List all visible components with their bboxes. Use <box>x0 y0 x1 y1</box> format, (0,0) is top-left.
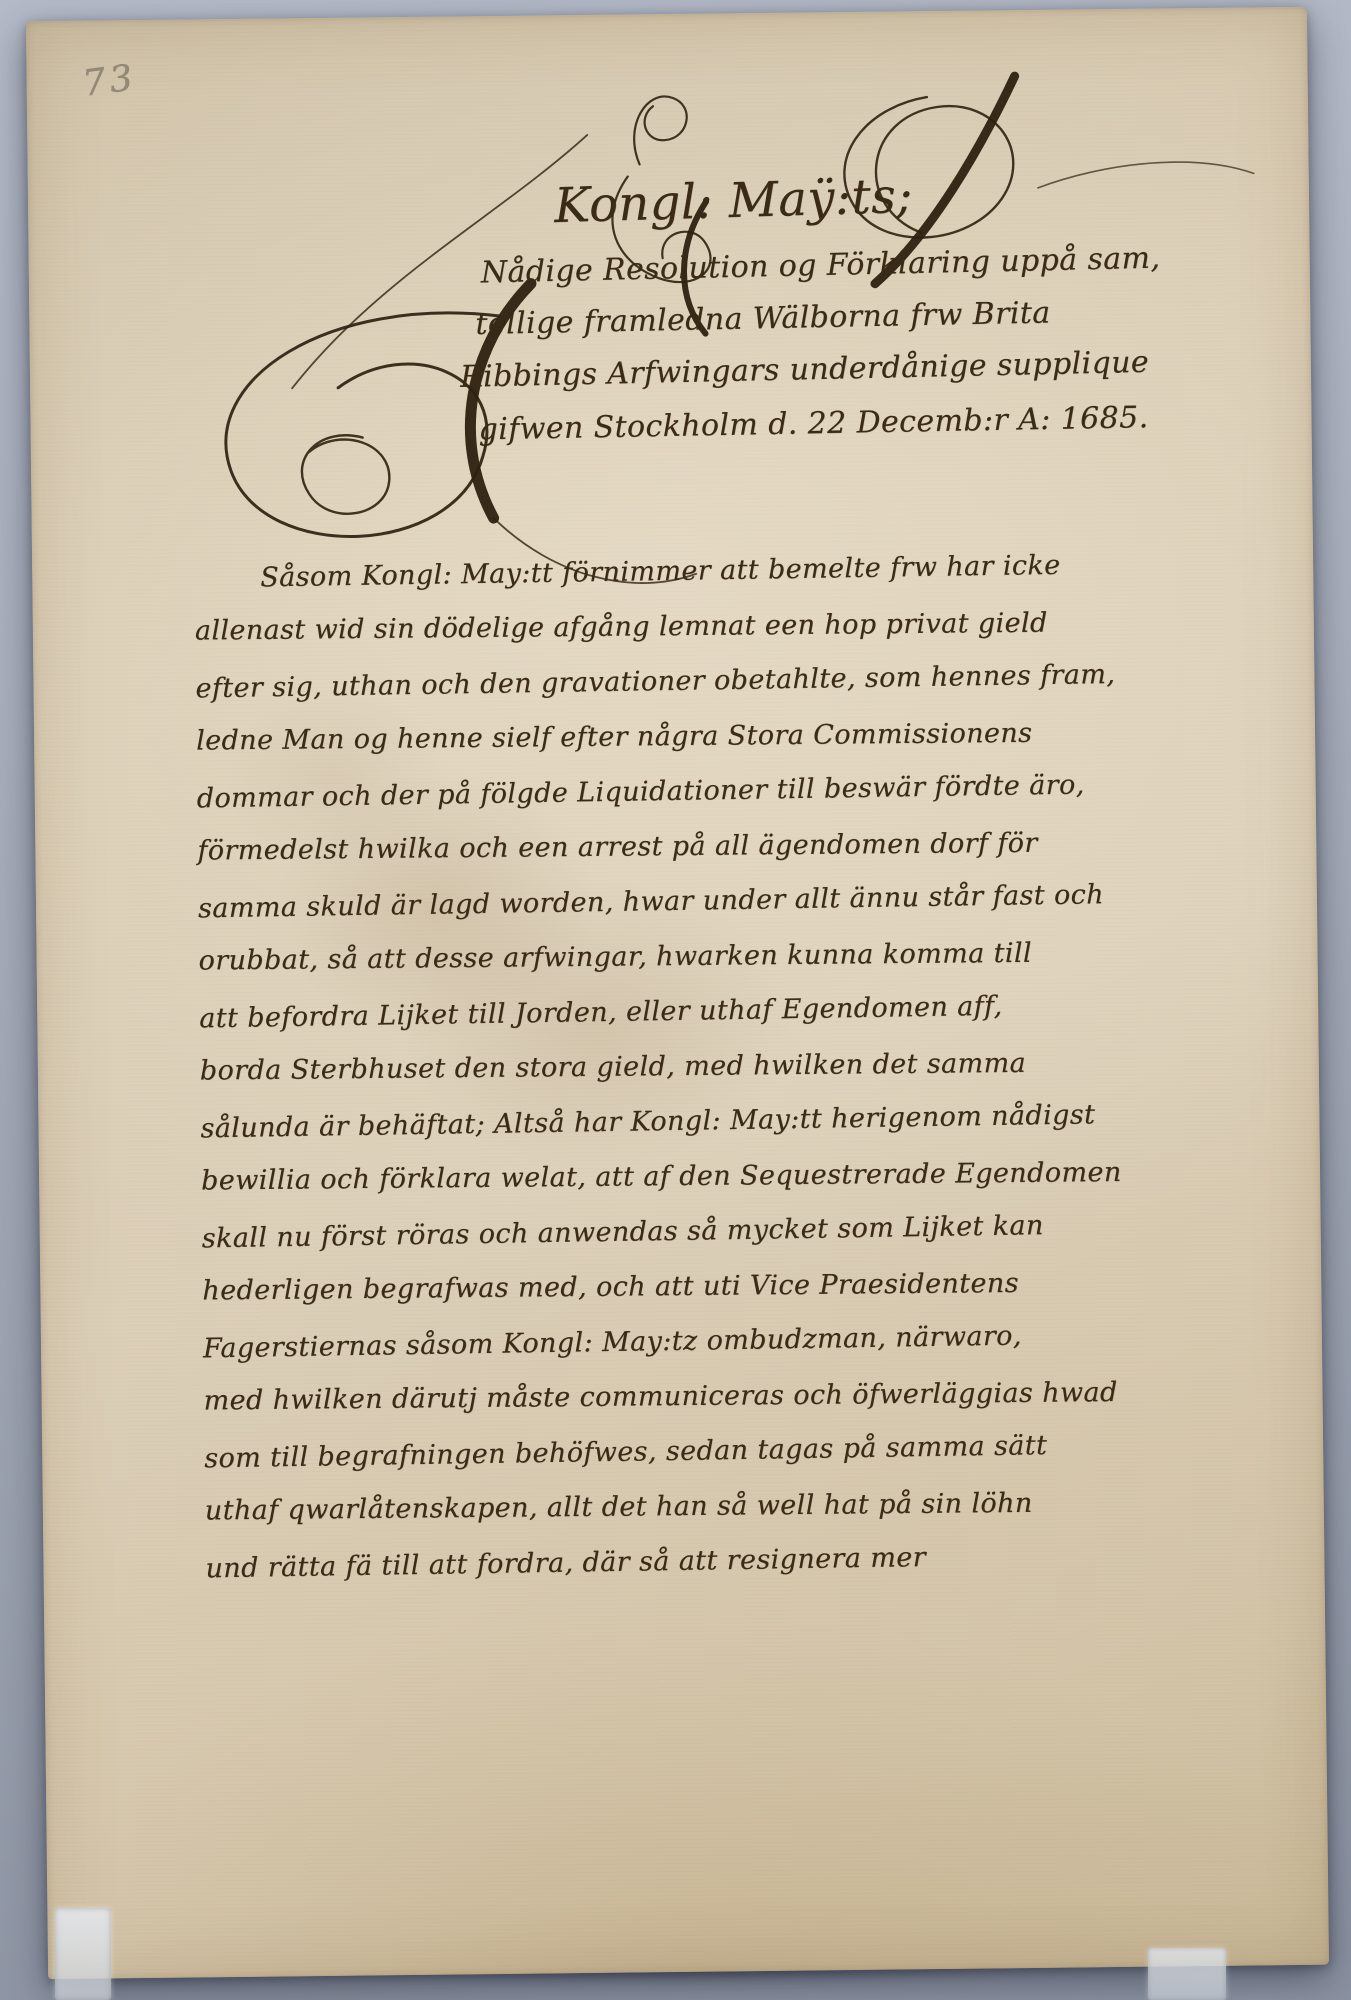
document-heading: Kongl: Maÿ:ts; Nådige Resolution og Förk… <box>446 167 1109 445</box>
heading-line: Ribbings Arfwingars underdånige suppliqu… <box>460 346 1109 395</box>
heading-dateline: gifwen Stockholm d. 22 Decemb:r A: 1685. <box>478 401 1109 448</box>
heading-title: Kongl: Maÿ:ts; <box>553 162 1106 234</box>
manuscript-page: 73 Kongl: Maÿ:ts; Nådige Resolution og F… <box>26 7 1329 1979</box>
heading-line: Nådige Resolution og Förklaring uppå sam… <box>480 242 1107 291</box>
archival-page-number: 73 <box>80 57 139 105</box>
stand-foot-left <box>55 1908 111 2000</box>
photo-background: 73 Kongl: Maÿ:ts; Nådige Resolution og F… <box>0 0 1351 2000</box>
heading-line: tellige framledna Wälborna frw Brita <box>475 294 1108 342</box>
document-body: Såsom Kongl: May:tt förnimmer att bemelt… <box>194 539 1106 1594</box>
manuscript-line: und rätta fä till att fordra, där så att… <box>205 1527 1106 1596</box>
stand-foot-right <box>1148 1948 1226 2000</box>
